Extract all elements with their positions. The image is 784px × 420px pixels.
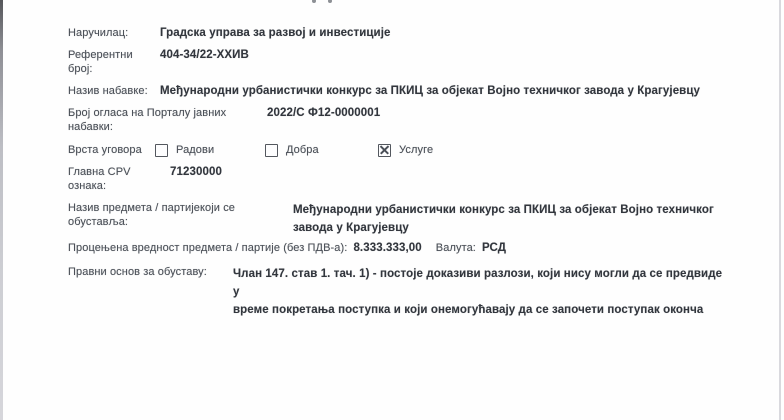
field-row-portal-notice-number: Број огласа на Порталу јавних набавки: 2… xyxy=(68,106,728,134)
scan-right-edge-line xyxy=(779,0,781,420)
currency-label: Валута: xyxy=(436,241,476,255)
estimated-value-label: Процењена вредност предмета / партије (б… xyxy=(68,241,347,255)
form-content: Наручилац: Градска управа за развој и ин… xyxy=(68,26,728,327)
portal-notice-number-value: 2022/С Ф12-0000001 xyxy=(267,106,380,120)
contract-type-option-label: Услуге xyxy=(399,143,433,157)
scanned-document-page: Наручилац: Градска управа за развој и ин… xyxy=(0,0,784,420)
procurement-name-label: Назив набавке: xyxy=(68,84,160,98)
cpv-label: Главна CPV ознака: xyxy=(68,165,170,193)
checkbox-unchecked-icon xyxy=(265,144,278,157)
scan-left-edge-shadow xyxy=(0,0,3,420)
client-label: Наручилац: xyxy=(68,26,160,40)
legal-basis-value: Члан 147. став 1. тач. 1) - постоје дока… xyxy=(233,265,728,319)
contract-type-option-radovi: Радови xyxy=(155,143,265,157)
field-row-reference-number: Референтни број: 404-34/22-ХХИВ xyxy=(68,48,728,76)
subject-value: Међународни урбанистички конкурс за ПКИЦ… xyxy=(293,201,714,237)
contract-type-option-label: Радови xyxy=(176,143,214,157)
field-row-contract-type: Врста уговора Радови Добра Услуге xyxy=(68,142,728,158)
clipped-title-remnant-dot xyxy=(328,0,332,3)
cpv-value: 71230000 xyxy=(170,165,222,179)
reference-number-value: 404-34/22-ХХИВ xyxy=(160,48,249,62)
checkbox-checked-icon xyxy=(378,144,391,157)
field-row-cpv: Главна CPV ознака: 71230000 xyxy=(68,165,728,193)
field-row-procurement-name: Назив набавке: Међународни урбанистички … xyxy=(68,84,728,98)
estimated-value-amount: 8.333.333,00 xyxy=(353,241,421,255)
contract-type-option-label: Добра xyxy=(286,143,319,157)
reference-number-label: Референтни број: xyxy=(68,48,160,76)
procurement-name-value: Међународни урбанистички конкурс за ПКИЦ… xyxy=(160,84,700,98)
legal-basis-label: Правни основ за обуставу: xyxy=(68,265,233,279)
subject-value-line: завода у Крагујевцу xyxy=(293,219,714,237)
clipped-title-remnant-dot xyxy=(312,0,316,3)
subject-value-line: Међународни урбанистички конкурс за ПКИЦ… xyxy=(293,201,714,219)
field-row-legal-basis: Правни основ за обуставу: Члан 147. став… xyxy=(68,265,728,319)
currency-value: РСД xyxy=(482,241,506,255)
portal-notice-number-label: Број огласа на Порталу јавних набавки: xyxy=(68,106,267,134)
field-row-estimated-value: Процењена вредност предмета / партије (б… xyxy=(68,241,728,255)
checkbox-unchecked-icon xyxy=(155,144,168,157)
field-row-client: Наручилац: Градска управа за развој и ин… xyxy=(68,26,728,40)
contract-type-option-dobra: Добра xyxy=(265,143,378,157)
client-value: Градска управа за развој и инвестиције xyxy=(160,26,391,40)
subject-label: Назив предмета / партијекоји се обустављ… xyxy=(68,201,293,229)
legal-basis-value-line: време покретања поступка и који онемогућ… xyxy=(233,301,728,319)
field-row-subject: Назив предмета / партијекоји се обустављ… xyxy=(68,201,728,237)
legal-basis-value-line: Члан 147. став 1. тач. 1) - постоје дока… xyxy=(233,265,728,301)
contract-type-option-usluge: Услуге xyxy=(378,143,433,157)
contract-type-label: Врста уговора xyxy=(68,143,155,157)
